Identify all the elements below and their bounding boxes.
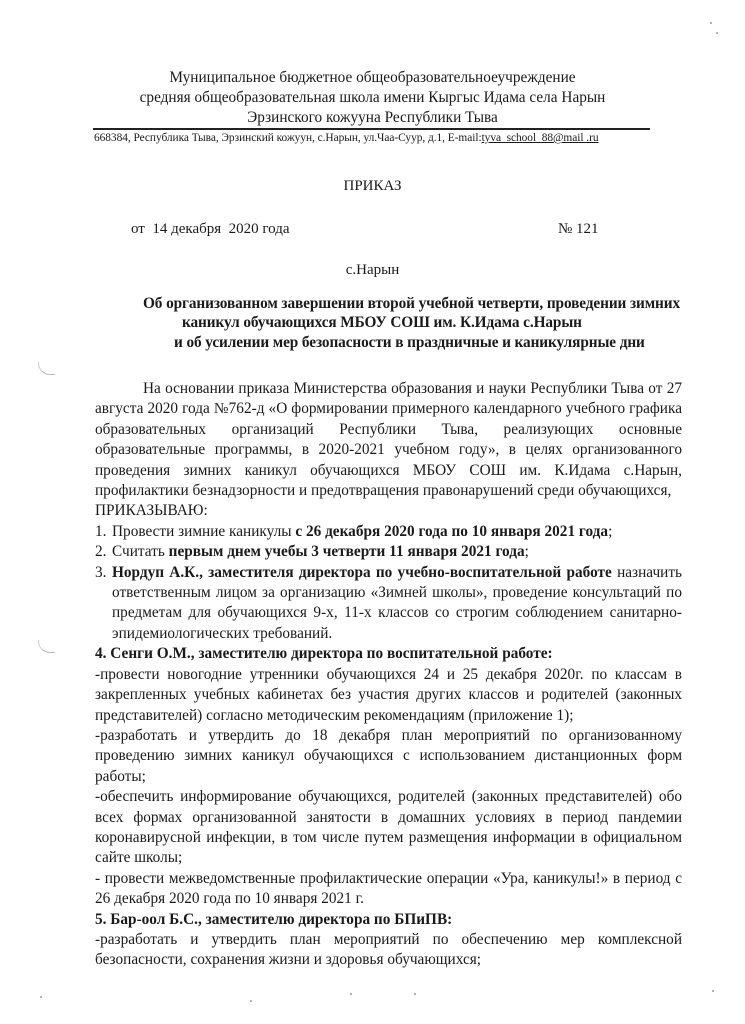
- scan-speck: [712, 990, 714, 992]
- org-name-line-1: Муниципальное бюджетное общеобразователь…: [95, 68, 650, 88]
- scan-speck: [40, 996, 42, 998]
- punch-hole-mark: [38, 640, 55, 653]
- document-title: ПРИКАЗ: [0, 178, 745, 195]
- item-bold-text: с 26 декабря 2020 года по 10 января 2021…: [295, 523, 608, 540]
- scan-speck: [414, 993, 416, 995]
- scan-speck: [250, 1000, 252, 1002]
- org-name-line-3: Эрзинского кожууна Республики Тыва: [95, 108, 650, 128]
- item-tail: ;: [525, 543, 529, 560]
- scan-speck: [716, 32, 718, 34]
- subject-line-3: и об усилении мер безопасности в праздни…: [174, 334, 645, 352]
- org-name-line-2: средняя общеобразовательная школа имени …: [95, 88, 650, 108]
- scanned-document-page: Муниципальное бюджетное общеобразователь…: [0, 0, 745, 1024]
- order-item-2: 2. Считать первым днем учебы 3 четверти …: [95, 542, 682, 562]
- subject-line-2: каникул обучающихся МБОУ СОШ им. К.Идама…: [182, 314, 582, 332]
- item-4-bullet-2: -разработать и утвердить до 18 декабря п…: [95, 726, 682, 787]
- order-place: с.Нарын: [0, 262, 745, 279]
- punch-hole-mark: [38, 362, 55, 375]
- subject-line-1: Об организованном завершении второй учеб…: [143, 295, 680, 313]
- item-number: 2.: [95, 542, 112, 562]
- order-item-1: 1. Провести зимние каникулы с 26 декабря…: [95, 522, 682, 542]
- item-4-bullet-1: -провести новогодние утренники обучающих…: [95, 665, 682, 726]
- item-bold-text: первым днем учебы 3 четверти 11 января 2…: [169, 543, 525, 560]
- item-text: Считать: [112, 543, 169, 560]
- item-5-bullet-1: -разработать и утвердить план мероприяти…: [95, 930, 682, 971]
- order-item-4-heading: 4. Сенги О.М., заместителю директора по …: [95, 644, 682, 664]
- scan-speck: [710, 22, 712, 24]
- org-address: 668384, Республика Тыва, Эрзинский кожуу…: [94, 131, 598, 145]
- order-item-5-heading: 5. Бар-оол Б.С., заместителю директора п…: [95, 910, 682, 930]
- order-item-3: 3. Нордуп А.К., заместителя директора по…: [95, 563, 682, 645]
- address-text: 668384, Республика Тыва, Эрзинский кожуу…: [94, 132, 482, 144]
- email-link[interactable]: tyva_school_88@mail .ru: [482, 132, 599, 144]
- item-4-bullet-4: - провести межведомственные профилактиче…: [95, 869, 682, 910]
- header-divider: [93, 128, 650, 130]
- item-bold-text: Нордуп А.К., заместителя директора по уч…: [112, 564, 612, 581]
- item-4-bullet-3: -обеспечить информирование обучающихся, …: [95, 787, 682, 869]
- preamble: На основании приказа Министерства образо…: [95, 379, 682, 501]
- item-text: Провести зимние каникулы: [112, 523, 295, 540]
- order-date: от 14 декабря 2020 года: [131, 221, 290, 238]
- order-word: ПРИКАЗЫВАЮ:: [95, 501, 682, 521]
- item-number: 1.: [95, 522, 112, 542]
- item-number: 3.: [95, 563, 112, 645]
- document-body: На основании приказа Министерства образо…: [95, 379, 682, 971]
- order-number: № 121: [558, 221, 599, 238]
- scan-speck: [350, 993, 352, 995]
- item-tail: ;: [608, 523, 612, 540]
